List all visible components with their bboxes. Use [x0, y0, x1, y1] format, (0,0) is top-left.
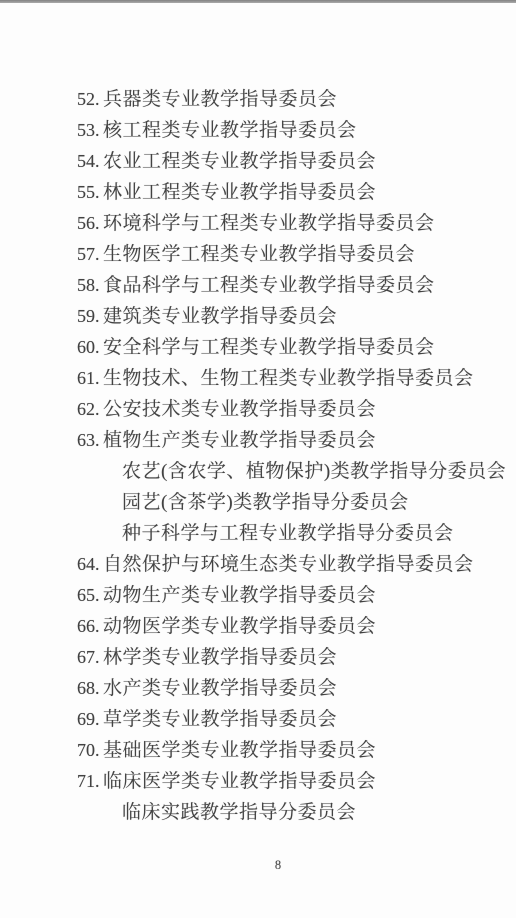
committee-item: 65.动物生产类专业教学指导委员会 [77, 580, 506, 611]
committee-item: 59.建筑类专业教学指导委员会 [77, 301, 506, 332]
item-number: 63. [77, 425, 103, 456]
item-number: 71. [77, 766, 103, 797]
item-text: 林业工程类专业教学指导委员会 [103, 182, 376, 203]
item-text: 草学类专业教学指导委员会 [103, 709, 337, 730]
item-text: 环境科学与工程类专业教学指导委员会 [103, 213, 435, 234]
item-number: 69. [77, 704, 103, 735]
committee-list: 52.兵器类专业教学指导委员会53.核工程类专业教学指导委员会54.农业工程类专… [77, 84, 506, 828]
item-text: 兵器类专业教学指导委员会 [103, 89, 337, 110]
page-number: 8 [263, 858, 293, 873]
item-number: 59. [77, 301, 103, 332]
item-text: 临床医学类专业教学指导委员会 [103, 771, 376, 792]
committee-item: 53.核工程类专业教学指导委员会 [77, 115, 506, 146]
item-number: 54. [77, 146, 103, 177]
item-text: 核工程类专业教学指导委员会 [103, 120, 357, 141]
item-text: 生物医学工程类专业教学指导委员会 [103, 244, 415, 265]
item-number: 52. [77, 84, 103, 115]
committee-item: 66.动物医学类专业教学指导委员会 [77, 611, 506, 642]
sub-committee-item: 临床实践教学指导分委员会 [77, 797, 506, 828]
item-text: 植物生产类专业教学指导委员会 [103, 430, 376, 451]
scan-edge-top [0, 0, 516, 3]
committee-item: 71.临床医学类专业教学指导委员会 [77, 766, 506, 797]
item-text: 种子科学与工程专业教学指导分委员会 [122, 523, 454, 544]
item-text: 食品科学与工程类专业教学指导委员会 [103, 275, 435, 296]
item-text: 动物生产类专业教学指导委员会 [103, 585, 376, 606]
item-text: 动物医学类专业教学指导委员会 [103, 616, 376, 637]
item-number: 68. [77, 673, 103, 704]
item-text: 自然保护与环境生态类专业教学指导委员会 [103, 554, 474, 575]
sub-committee-item: 种子科学与工程专业教学指导分委员会 [77, 518, 506, 549]
item-text: 农艺(含农学、植物保护)类教学指导分委员会 [122, 461, 506, 482]
item-number: 58. [77, 270, 103, 301]
item-number: 66. [77, 611, 103, 642]
item-text: 园艺(含茶学)类教学指导分委员会 [122, 492, 409, 513]
item-number: 67. [77, 642, 103, 673]
committee-item: 57.生物医学工程类专业教学指导委员会 [77, 239, 506, 270]
committee-item: 62.公安技术类专业教学指导委员会 [77, 394, 506, 425]
committee-item: 56.环境科学与工程类专业教学指导委员会 [77, 208, 506, 239]
item-text: 安全科学与工程类专业教学指导委员会 [103, 337, 435, 358]
item-number: 55. [77, 177, 103, 208]
committee-item: 52.兵器类专业教学指导委员会 [77, 84, 506, 115]
committee-item: 70.基础医学类专业教学指导委员会 [77, 735, 506, 766]
item-text: 公安技术类专业教学指导委员会 [103, 399, 376, 420]
committee-item: 61.生物技术、生物工程类专业教学指导委员会 [77, 363, 506, 394]
committee-item: 60.安全科学与工程类专业教学指导委员会 [77, 332, 506, 363]
item-number: 61. [77, 363, 103, 394]
item-text: 临床实践教学指导分委员会 [122, 802, 356, 823]
committee-item: 54.农业工程类专业教学指导委员会 [77, 146, 506, 177]
item-text: 基础医学类专业教学指导委员会 [103, 740, 376, 761]
item-text: 建筑类专业教学指导委员会 [103, 306, 337, 327]
item-number: 60. [77, 332, 103, 363]
committee-item: 64.自然保护与环境生态类专业教学指导委员会 [77, 549, 506, 580]
item-text: 农业工程类专业教学指导委员会 [103, 151, 376, 172]
committee-item: 68.水产类专业教学指导委员会 [77, 673, 506, 704]
sub-committee-item: 园艺(含茶学)类教学指导分委员会 [77, 487, 506, 518]
item-text: 水产类专业教学指导委员会 [103, 678, 337, 699]
item-number: 57. [77, 239, 103, 270]
item-number: 65. [77, 580, 103, 611]
item-text: 生物技术、生物工程类专业教学指导委员会 [103, 368, 474, 389]
item-number: 56. [77, 208, 103, 239]
item-number: 70. [77, 735, 103, 766]
item-number: 62. [77, 394, 103, 425]
committee-item: 55.林业工程类专业教学指导委员会 [77, 177, 506, 208]
committee-item: 58.食品科学与工程类专业教学指导委员会 [77, 270, 506, 301]
item-number: 53. [77, 115, 103, 146]
sub-committee-item: 农艺(含农学、植物保护)类教学指导分委员会 [77, 456, 506, 487]
committee-item: 69.草学类专业教学指导委员会 [77, 704, 506, 735]
item-text: 林学类专业教学指导委员会 [103, 647, 337, 668]
item-number: 64. [77, 549, 103, 580]
committee-item: 63.植物生产类专业教学指导委员会 [77, 425, 506, 456]
committee-item: 67.林学类专业教学指导委员会 [77, 642, 506, 673]
